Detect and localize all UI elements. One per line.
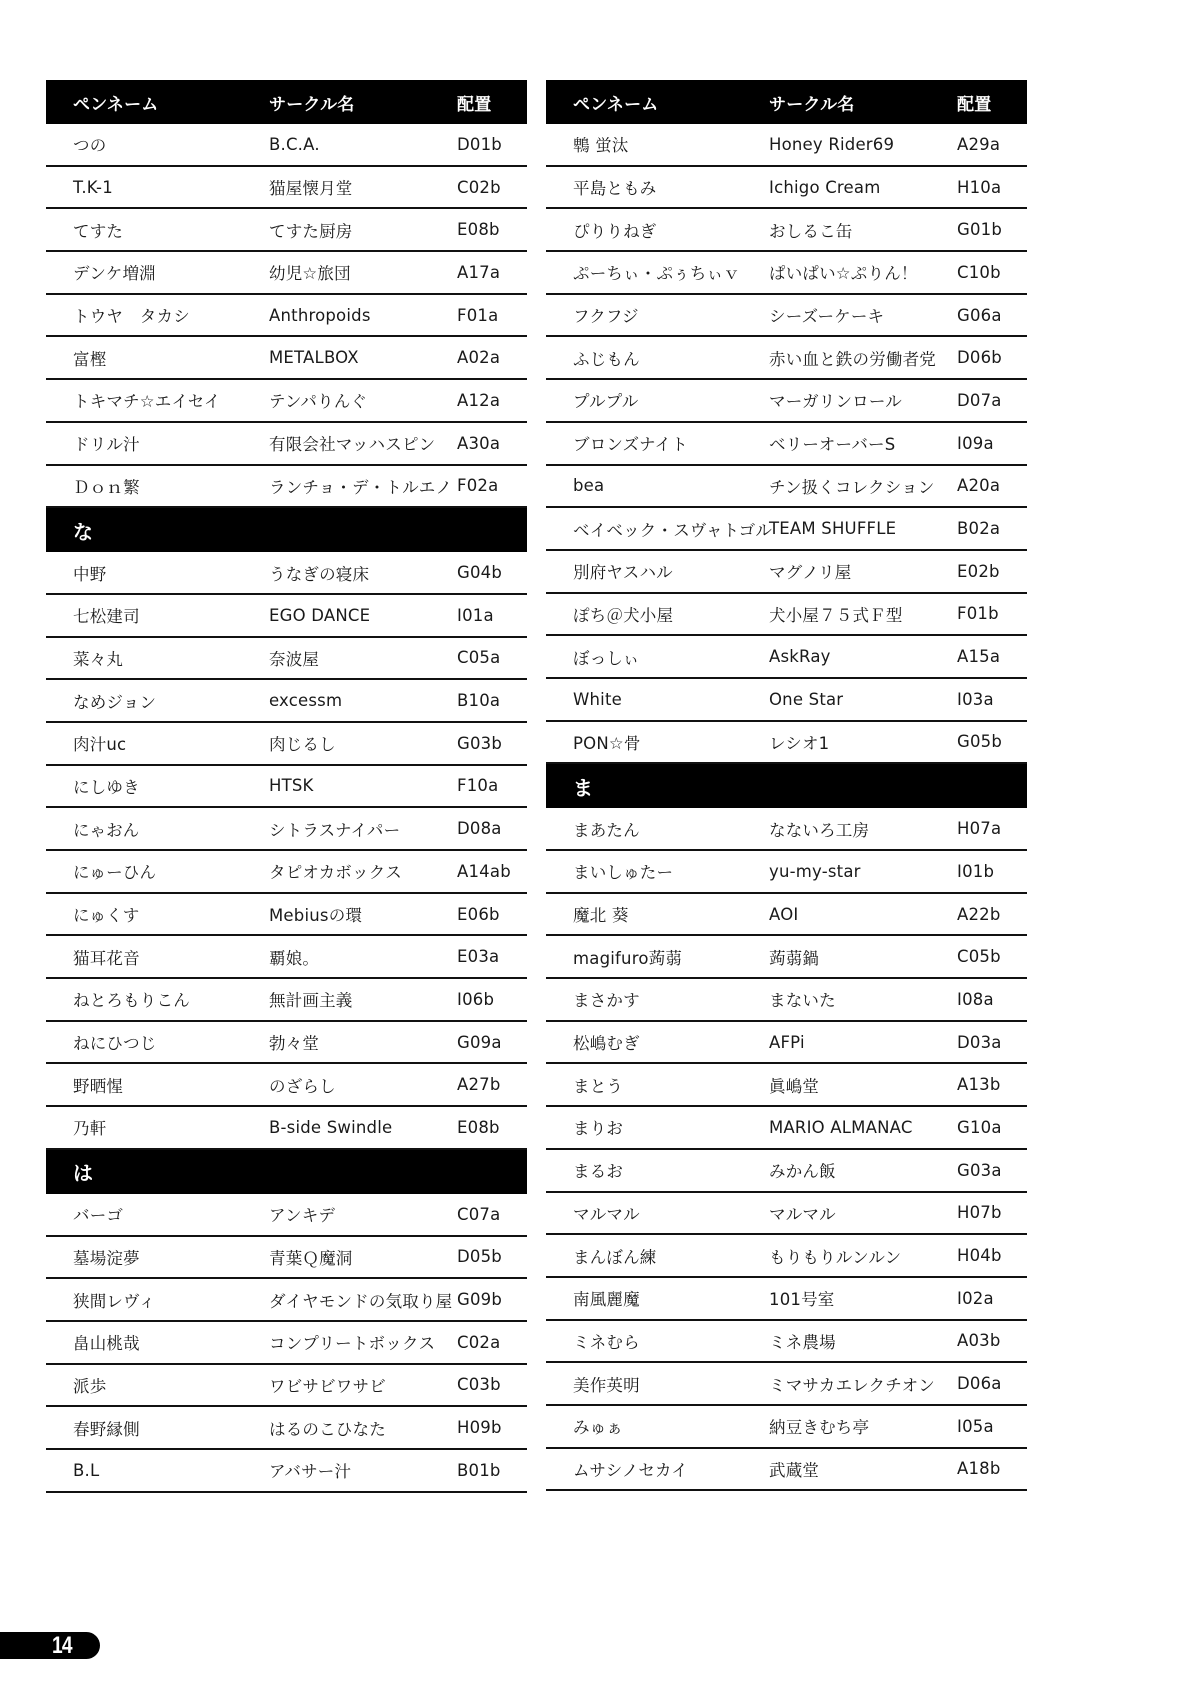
placement-cell: I08a <box>957 979 994 1020</box>
table-row: にゃおんシトラスナイパーD08a <box>46 808 527 851</box>
section-label: は <box>73 1150 93 1194</box>
penname-cell: 南風麗魔 <box>573 1278 640 1319</box>
table-row: にゅーひんタピオカボックスA14ab <box>46 851 527 894</box>
penname-cell: 魔北 葵 <box>573 894 629 935</box>
circle-name-cell: マグノリ屋 <box>769 551 852 592</box>
placement-cell: D05b <box>457 1237 502 1278</box>
table-row: にゅくすMebiusの環E06b <box>46 894 527 937</box>
circle-list-left: ペンネーム サークル名 配置 つのB.C.A.D01bT.K-1猫屋懐月堂C02… <box>46 80 527 1493</box>
placement-cell: A02a <box>457 337 500 378</box>
placement-cell: C07a <box>457 1194 500 1235</box>
circle-name-cell: METALBOX <box>269 337 359 378</box>
circle-name-cell: Mebiusの環 <box>269 894 362 935</box>
table-row: にしゆきHTSKF10a <box>46 766 527 809</box>
circle-name-cell: 赤い血と鉄の労働者党 <box>769 337 936 378</box>
penname-cell: ねにひつじ <box>73 1022 157 1063</box>
table-row: magifuro蒟蒻蒟蒻鍋C05b <box>546 936 1027 979</box>
placement-cell: C10b <box>957 252 1001 293</box>
placement-cell: I02a <box>957 1278 994 1319</box>
table-row: 南風麗魔101号室I02a <box>546 1278 1027 1321</box>
table-row: まさかすまないたI08a <box>546 979 1027 1022</box>
placement-cell: H10a <box>957 167 1001 208</box>
table-row: 野晒惺のざらしA27b <box>46 1064 527 1107</box>
penname-cell: ぷーちぃ・ぷぅちぃｖ <box>573 252 740 293</box>
placement-cell: I06b <box>457 979 494 1020</box>
penname-cell: 平島ともみ <box>573 167 657 208</box>
penname-cell: にしゆき <box>73 766 140 807</box>
placement-cell: A18b <box>957 1449 1001 1490</box>
table-row: 七松建司EGO DANCEI01a <box>46 595 527 638</box>
table-row: 乃軒B-side SwindleE08b <box>46 1107 527 1150</box>
penname-cell: ムサシノセカイ <box>573 1449 688 1490</box>
page-number-badge: 14 <box>0 1632 100 1659</box>
circle-name-cell: シトラスナイパー <box>269 808 400 849</box>
penname-cell: ねとろもりこん <box>73 979 190 1020</box>
penname-cell: バーゴ <box>73 1194 123 1235</box>
table-row: 畠山桃哉コンプリートボックスC02a <box>46 1322 527 1365</box>
circle-name-cell: AFPi <box>769 1022 805 1063</box>
section-header: は <box>46 1150 527 1194</box>
placement-cell: I09a <box>957 423 994 464</box>
header-placement: 配置 <box>957 80 991 124</box>
penname-cell: PON☆骨 <box>573 722 641 763</box>
placement-cell: A13b <box>957 1064 1001 1105</box>
placement-cell: A03b <box>957 1321 1001 1362</box>
penname-cell: トキマチ☆エイセイ <box>73 380 221 421</box>
table-row: 鵯 蛍汰Honey Rider69A29a <box>546 124 1027 167</box>
header-penname: ペンネーム <box>73 80 159 124</box>
table-row: WhiteOne StarI03a <box>546 679 1027 722</box>
penname-cell: てすた <box>73 209 123 250</box>
circle-name-cell: タピオカボックス <box>269 851 402 892</box>
table-row: 菜々丸奈波屋C05a <box>46 638 527 681</box>
header-penname: ペンネーム <box>573 80 659 124</box>
placement-cell: E06b <box>457 894 500 935</box>
placement-cell: F10a <box>457 766 498 807</box>
header-circle: サークル名 <box>269 80 355 124</box>
circle-name-cell: ワビサビワサビ <box>269 1365 386 1406</box>
circle-name-cell: EGO DANCE <box>269 595 370 636</box>
penname-cell: ベイベック・スヴャトゴル <box>573 508 772 549</box>
placement-cell: F01b <box>957 594 999 635</box>
placement-cell: A29a <box>957 124 1000 165</box>
placement-cell: E08b <box>457 209 500 250</box>
section-label: な <box>73 508 93 552</box>
penname-cell: Ｄｏｎ繁 <box>73 466 140 507</box>
penname-cell: にゃおん <box>73 808 139 849</box>
penname-cell: まさかす <box>573 979 640 1020</box>
penname-cell: まりお <box>573 1107 623 1148</box>
placement-cell: B10a <box>457 680 500 721</box>
penname-cell: プルプル <box>573 380 638 421</box>
placement-cell: G09b <box>457 1279 502 1320</box>
header-placement: 配置 <box>457 80 491 124</box>
table-row: まとう眞嶋堂A13b <box>546 1064 1027 1107</box>
placement-cell: A12a <box>457 380 500 421</box>
table-row: まあたんなないろ工房H07a <box>546 808 1027 851</box>
table-row: ミネむらミネ農場A03b <box>546 1321 1027 1364</box>
penname-cell: 乃軒 <box>73 1107 106 1148</box>
circle-name-cell: 無計画主義 <box>269 979 353 1020</box>
circle-name-cell: レシオ1 <box>769 722 829 763</box>
placement-cell: G01b <box>957 209 1002 250</box>
penname-cell: 中野 <box>73 552 106 593</box>
placement-cell: D03a <box>957 1022 1002 1063</box>
table-row: プルプルマーガリンロールD07a <box>546 380 1027 423</box>
penname-cell: White <box>573 679 622 720</box>
table-row: トキマチ☆エイセイテンパりんぐA12a <box>46 380 527 423</box>
placement-cell: C05a <box>457 638 500 679</box>
table-row: まいしゅたーyu-my-starI01b <box>546 851 1027 894</box>
penname-cell: 松嶋むぎ <box>573 1022 640 1063</box>
placement-cell: C02a <box>457 1322 500 1363</box>
penname-cell: まるお <box>573 1150 623 1191</box>
penname-cell: ぴりりねぎ <box>573 209 657 250</box>
table-header: ペンネーム サークル名 配置 <box>546 80 1027 124</box>
circle-name-cell: うなぎの寝床 <box>269 552 369 593</box>
table-row: ぷーちぃ・ぷぅちぃｖぱいぱい☆ぷりん！C10b <box>546 252 1027 295</box>
circle-name-cell: ミネ農場 <box>769 1321 836 1362</box>
table-row: 魔北 葵AOIA22b <box>546 894 1027 937</box>
penname-cell: magifuro蒟蒻 <box>573 936 682 977</box>
circle-name-cell: 眞嶋堂 <box>769 1064 819 1105</box>
circle-name-cell: 101号室 <box>769 1278 835 1319</box>
placement-cell: A20a <box>957 466 1000 507</box>
placement-cell: G06a <box>957 295 1002 336</box>
penname-cell: 墓場淀夢 <box>73 1237 140 1278</box>
penname-cell: 別府ヤスハル <box>573 551 673 592</box>
placement-cell: F01a <box>457 295 498 336</box>
penname-cell: 鵯 蛍汰 <box>573 124 629 165</box>
table-row: ぽち＠犬小屋犬小屋７５式Ｆ型F01b <box>546 594 1027 637</box>
table-row: トウヤ タカシAnthropoidsF01a <box>46 295 527 338</box>
table-row: マルマルマルマルH07b <box>546 1193 1027 1236</box>
table-row: ぴりりねぎおしるこ缶G01b <box>546 209 1027 252</box>
placement-cell: D06a <box>957 1363 1002 1404</box>
penname-cell: トウヤ タカシ <box>73 295 190 336</box>
table-row: ムサシノセカイ武蔵堂A18b <box>546 1449 1027 1492</box>
left-rows: つのB.C.A.D01bT.K-1猫屋懐月堂C02bてすたてすた厨房E08bデン… <box>46 124 527 1493</box>
placement-cell: A22b <box>957 894 1001 935</box>
penname-cell: まいしゅたー <box>573 851 673 892</box>
penname-cell: みゅぁ <box>573 1406 623 1447</box>
circle-name-cell: AOI <box>769 894 798 935</box>
circle-name-cell: HTSK <box>269 766 314 807</box>
circle-name-cell: 青葉Ｑ魔洞 <box>269 1237 353 1278</box>
circle-name-cell: 武蔵堂 <box>769 1449 819 1490</box>
table-row: ねにひつじ勃々堂G09a <box>46 1022 527 1065</box>
penname-cell: 七松建司 <box>73 595 140 636</box>
placement-cell: D08a <box>457 808 502 849</box>
penname-cell: ぽち＠犬小屋 <box>573 594 673 635</box>
placement-cell: H04b <box>957 1235 1002 1276</box>
circle-name-cell: 納豆きむち亭 <box>769 1406 869 1447</box>
penname-cell: 菜々丸 <box>73 638 123 679</box>
penname-cell: bea <box>573 466 604 507</box>
table-row: PON☆骨レシオ1G05b <box>546 722 1027 765</box>
circle-name-cell: 肉じるし <box>269 723 336 764</box>
table-row: 松嶋むぎAFPiD03a <box>546 1022 1027 1065</box>
circle-name-cell: 蒟蒻鍋 <box>769 936 819 977</box>
table-row: 派歩ワビサビワサビC03b <box>46 1365 527 1408</box>
circle-name-cell: なないろ工房 <box>769 808 869 849</box>
circle-name-cell: MARIO ALMANAC <box>769 1107 913 1148</box>
placement-cell: A27b <box>457 1064 501 1105</box>
table-row: 美作英明ミマサカエレクチオンD06a <box>546 1363 1027 1406</box>
circle-name-cell: ぱいぱい☆ぷりん！ <box>769 252 918 293</box>
header-circle: サークル名 <box>769 80 855 124</box>
placement-cell: I01b <box>957 851 994 892</box>
placement-cell: H07a <box>957 808 1001 849</box>
table-row: まるおみかん飯G03a <box>546 1150 1027 1193</box>
table-row: 別府ヤスハルマグノリ屋E02b <box>546 551 1027 594</box>
circle-name-cell: ダイヤモンドの気取り屋 <box>269 1279 452 1320</box>
table-row: ふじもん赤い血と鉄の労働者党D06b <box>546 337 1027 380</box>
placement-cell: I05a <box>957 1406 994 1447</box>
penname-cell: 派歩 <box>73 1365 106 1406</box>
table-row: デンケ増淵幼児☆旅団A17a <box>46 252 527 295</box>
circle-name-cell: マーガリンロール <box>769 380 902 421</box>
table-row: 狭間レヴィダイヤモンドの気取り屋G09b <box>46 1279 527 1322</box>
circle-name-cell: 奈波屋 <box>269 638 319 679</box>
penname-cell: 畠山桃哉 <box>73 1322 140 1363</box>
penname-cell: ミネむら <box>573 1321 640 1362</box>
penname-cell: マルマル <box>573 1193 640 1234</box>
penname-cell: なめジョン <box>73 680 156 721</box>
penname-cell: ブロンズナイト <box>573 423 688 464</box>
circle-name-cell: みかん飯 <box>769 1150 836 1191</box>
placement-cell: C03b <box>457 1365 501 1406</box>
circle-name-cell: TEAM SHUFFLE <box>769 508 896 549</box>
circle-name-cell: おしるこ缶 <box>769 209 853 250</box>
penname-cell: ふじもん <box>573 337 640 378</box>
circle-list-right: ペンネーム サークル名 配置 鵯 蛍汰Honey Rider69A29a平島とも… <box>546 80 1027 1491</box>
table-row: 墓場淀夢青葉Ｑ魔洞D05b <box>46 1237 527 1280</box>
page-number: 14 <box>52 1632 72 1660</box>
table-row: ぼっしぃAskRayA15a <box>546 636 1027 679</box>
placement-cell: A15a <box>957 636 1000 677</box>
table-row: なめジョンexcessmB10a <box>46 680 527 723</box>
placement-cell: H09b <box>457 1407 502 1448</box>
circle-name-cell: ミマサカエレクチオン <box>769 1363 935 1404</box>
circle-name-cell: テンパりんぐ <box>269 380 367 421</box>
circle-name-cell: アバサー汁 <box>269 1450 351 1491</box>
penname-cell: にゅーひん <box>73 851 156 892</box>
table-row: 平島ともみIchigo CreamH10a <box>546 167 1027 210</box>
table-row: 富樫METALBOXA02a <box>46 337 527 380</box>
circle-name-cell: 覇娘。 <box>269 936 319 977</box>
circle-name-cell: まないた <box>769 979 836 1020</box>
placement-cell: B02a <box>957 508 1000 549</box>
circle-name-cell: もりもりルンルン <box>769 1235 901 1276</box>
penname-cell: デンケ増淵 <box>73 252 156 293</box>
placement-cell: A14ab <box>457 851 511 892</box>
circle-name-cell: ランチョ・デ・トルエノ <box>269 466 452 507</box>
penname-cell: 肉汁uc <box>73 723 126 764</box>
circle-name-cell: Honey Rider69 <box>769 124 894 165</box>
section-header: な <box>46 508 527 552</box>
circle-name-cell: AskRay <box>769 636 831 677</box>
circle-name-cell: yu-my-star <box>769 851 861 892</box>
penname-cell: にゅくす <box>73 894 139 935</box>
placement-cell: I03a <box>957 679 994 720</box>
placement-cell: C05b <box>957 936 1001 977</box>
circle-name-cell: B.C.A. <box>269 124 320 165</box>
circle-name-cell: はるのこひなた <box>269 1407 386 1448</box>
circle-name-cell: チン扱くコレクション <box>769 466 935 507</box>
section-header: ま <box>546 764 1027 808</box>
penname-cell: まあたん <box>573 808 640 849</box>
placement-cell: D01b <box>457 124 502 165</box>
table-row: みゅぁ納豆きむち亭I05a <box>546 1406 1027 1449</box>
circle-name-cell: 有限会社マッハスピン <box>269 423 435 464</box>
placement-cell: G09a <box>457 1022 502 1063</box>
table-row: 猫耳花音覇娘。E03a <box>46 936 527 979</box>
placement-cell: D06b <box>957 337 1002 378</box>
circle-name-cell: B-side Swindle <box>269 1107 392 1148</box>
circle-name-cell: ベリーオーバーS <box>769 423 895 464</box>
circle-name-cell: 猫屋懐月堂 <box>269 167 353 208</box>
table-row: T.K-1猫屋懐月堂C02b <box>46 167 527 210</box>
penname-cell: 美作英明 <box>573 1363 640 1404</box>
table-header: ペンネーム サークル名 配置 <box>46 80 527 124</box>
placement-cell: G03b <box>457 723 502 764</box>
right-rows: 鵯 蛍汰Honey Rider69A29a平島ともみIchigo CreamH1… <box>546 124 1027 1491</box>
placement-cell: B01b <box>457 1450 501 1491</box>
circle-name-cell: excessm <box>269 680 342 721</box>
penname-cell: ドリル汁 <box>73 423 140 464</box>
circle-name-cell: One Star <box>769 679 843 720</box>
penname-cell: まんぼん練 <box>573 1235 657 1276</box>
table-row: ドリル汁有限会社マッハスピンA30a <box>46 423 527 466</box>
circle-name-cell: アンキデ <box>269 1194 335 1235</box>
penname-cell: 猫耳花音 <box>73 936 140 977</box>
table-row: 春野縁側はるのこひなたH09b <box>46 1407 527 1450</box>
penname-cell: 野晒惺 <box>73 1064 123 1105</box>
circle-name-cell: シーズーケーキ <box>769 295 884 336</box>
placement-cell: G05b <box>957 722 1002 763</box>
circle-name-cell: 勃々堂 <box>269 1022 319 1063</box>
circle-name-cell: Ichigo Cream <box>769 167 880 208</box>
penname-cell: T.K-1 <box>73 167 113 208</box>
placement-cell: F02a <box>457 466 498 507</box>
circle-name-cell: のざらし <box>269 1064 336 1105</box>
circle-name-cell: 幼児☆旅団 <box>269 252 351 293</box>
circle-name-cell: Anthropoids <box>269 295 371 336</box>
circle-name-cell: てすた厨房 <box>269 209 353 250</box>
placement-cell: E02b <box>957 551 1000 592</box>
placement-cell: E08b <box>457 1107 500 1148</box>
table-row: バーゴアンキデC07a <box>46 1194 527 1237</box>
penname-cell: 富樫 <box>73 337 106 378</box>
table-row: フクフジシーズーケーキG06a <box>546 295 1027 338</box>
section-label: ま <box>573 764 593 808</box>
circle-name-cell: コンプリートボックス <box>269 1322 435 1363</box>
penname-cell: 狭間レヴィ <box>73 1279 156 1320</box>
placement-cell: E03a <box>457 936 499 977</box>
table-row: 中野うなぎの寝床G04b <box>46 552 527 595</box>
table-row: B.Lアバサー汁B01b <box>46 1450 527 1493</box>
penname-cell: まとう <box>573 1064 623 1105</box>
placement-cell: G04b <box>457 552 502 593</box>
placement-cell: D07a <box>957 380 1002 421</box>
table-row: まんぼん練もりもりルンルンH04b <box>546 1235 1027 1278</box>
table-row: ブロンズナイトベリーオーバーSI09a <box>546 423 1027 466</box>
placement-cell: H07b <box>957 1193 1002 1234</box>
penname-cell: フクフジ <box>573 295 639 336</box>
table-row: てすたてすた厨房E08b <box>46 209 527 252</box>
penname-cell: つの <box>73 124 106 165</box>
placement-cell: I01a <box>457 595 494 636</box>
table-row: ベイベック・スヴャトゴルTEAM SHUFFLEB02a <box>546 508 1027 551</box>
table-row: つのB.C.A.D01b <box>46 124 527 167</box>
placement-cell: G03a <box>957 1150 1002 1191</box>
table-row: まりおMARIO ALMANACG10a <box>546 1107 1027 1150</box>
table-row: beaチン扱くコレクションA20a <box>546 466 1027 509</box>
table-row: ねとろもりこん無計画主義I06b <box>46 979 527 1022</box>
penname-cell: B.L <box>73 1450 99 1491</box>
placement-cell: C02b <box>457 167 501 208</box>
penname-cell: ぼっしぃ <box>573 636 639 677</box>
table-row: Ｄｏｎ繁ランチョ・デ・トルエノF02a <box>46 466 527 509</box>
placement-cell: A17a <box>457 252 500 293</box>
circle-name-cell: マルマル <box>769 1193 836 1234</box>
circle-name-cell: 犬小屋７５式Ｆ型 <box>769 594 903 635</box>
placement-cell: A30a <box>457 423 500 464</box>
table-row: 肉汁uc肉じるしG03b <box>46 723 527 766</box>
placement-cell: G10a <box>957 1107 1002 1148</box>
penname-cell: 春野縁側 <box>73 1407 140 1448</box>
